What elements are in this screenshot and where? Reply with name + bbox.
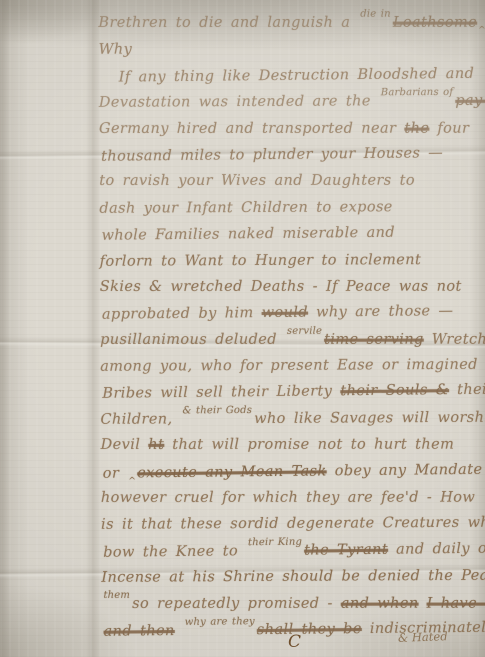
inserted-text: die in <box>360 2 391 28</box>
manuscript-line: bow the Knee to their Kingthe Tyrant and… <box>103 536 485 566</box>
manuscript-line: Skies & wretched Deaths - If Peace was n… <box>100 273 485 300</box>
manuscript-text: Skies & wretched Deaths - If Peace was n… <box>100 278 462 294</box>
manuscript-line: Devil ht that will promise not to hurt t… <box>101 432 485 459</box>
manuscript-line: Devastation was intended are the Barbari… <box>99 88 484 116</box>
manuscript-text: obey any Mandate <box>327 461 483 479</box>
struck-text: and then <box>104 623 175 640</box>
manuscript-text: or <box>103 465 128 481</box>
manuscript-line: whole Families naked miserable and <box>101 219 485 249</box>
struck-text: execute any Mean Task <box>137 463 327 481</box>
manuscript-text: Children, <box>100 411 180 427</box>
inserted-text: & their Gods <box>182 398 252 425</box>
manuscript-text: Incense at his Shrine should be denied t… <box>101 568 485 586</box>
manuscript-line: however cruel for which they are fee'd -… <box>101 485 485 512</box>
manuscript-line: or ^execute any Mean Task obey any Manda… <box>103 456 485 486</box>
manuscript-line: dash your Infant Children to expose <box>99 193 484 221</box>
inserted-text: them <box>103 582 130 608</box>
manuscript-text: Devil <box>101 437 149 453</box>
margin-note-bottom-right: & Hated <box>398 629 448 645</box>
manuscript-text: that will promise not to hurt them <box>164 437 454 453</box>
manuscript-line: to ravish your Wives and Daughters to <box>99 168 484 195</box>
inserted-text: Barbarians of <box>381 80 454 107</box>
struck-text: shall they be <box>257 621 362 638</box>
manuscript-text: dash your Infant Children to expose <box>99 199 392 217</box>
manuscript-lines: Brethren to die and languish a die inLoa… <box>0 9 485 645</box>
manuscript-text: approbated by him <box>102 305 262 323</box>
manuscript-text: their <box>449 382 485 398</box>
struck-text: pay of <box>455 93 485 109</box>
struck-text: the <box>404 120 429 136</box>
struck-text: the Tyrant <box>304 542 388 559</box>
manuscript-text: Wretches <box>424 331 485 347</box>
manuscript-text: who like Savages will worship any <box>254 409 485 426</box>
page-signature-mark: C <box>288 632 301 652</box>
manuscript-text: forlorn to Want to Hunger to inclement <box>100 252 422 270</box>
inserted-text: why are they <box>185 609 255 636</box>
struck-text: I have had even <box>427 595 485 611</box>
manuscript-line: Incense at his Shrine should be denied t… <box>101 563 485 591</box>
manuscript-line: Why <box>98 35 483 63</box>
manuscript-line: Children, & their Godswho like Savages w… <box>100 405 485 433</box>
manuscript-line: pusillanimous deluded serviletime servin… <box>100 326 485 353</box>
manuscript-text: why are those — <box>308 303 454 321</box>
manuscript-text: whole Families naked miserable and <box>101 225 395 244</box>
manuscript-text: Devastation was intended are the <box>99 93 379 110</box>
inserted-text: their King <box>248 529 302 556</box>
manuscript-line: thousand miles to plunder your Houses — <box>101 140 485 170</box>
manuscript-text: four <box>429 120 469 136</box>
manuscript-text: however cruel for which they are fee'd -… <box>101 490 475 506</box>
struck-text: Loathsome <box>393 15 477 31</box>
manuscript-text: pusillanimous deluded <box>100 331 285 347</box>
struck-text: time serving <box>324 331 424 347</box>
manuscript-line: forlorn to Want to Hunger to inclement <box>100 246 485 274</box>
manuscript-line: Brethren to die and languish a die inLoa… <box>98 10 483 37</box>
manuscript-text: Why <box>99 42 133 58</box>
manuscript-text: bow the Knee to <box>103 543 246 560</box>
manuscript-text <box>175 623 183 639</box>
manuscript-text: thousand miles to plunder your Houses — <box>101 145 443 165</box>
struck-text: ht <box>148 437 164 453</box>
manuscript-line: Germany hired and transported near the f… <box>99 115 484 142</box>
inserted-text: servile <box>287 318 322 344</box>
manuscript-text: among you, who for present Ease or imagi… <box>100 357 478 375</box>
manuscript-text <box>419 595 427 611</box>
manuscript-text: Germany hired and transported near <box>99 120 404 136</box>
manuscript-line: Bribes will sell their Liberty their Sou… <box>102 377 485 407</box>
manuscript-page: Brethren to die and languish a die inLoa… <box>0 0 485 657</box>
manuscript-text: to ravish your Wives and Daughters to <box>99 173 415 189</box>
struck-text: their Souls & <box>340 383 449 400</box>
manuscript-text: and daily offer <box>388 540 485 557</box>
struck-text: and when <box>341 595 419 611</box>
manuscript-line: among you, who for present Ease or imagi… <box>100 352 485 380</box>
manuscript-text: Brethren to die and languish a <box>98 15 358 31</box>
manuscript-line: themso repeatedly promised - and when I … <box>101 590 485 617</box>
